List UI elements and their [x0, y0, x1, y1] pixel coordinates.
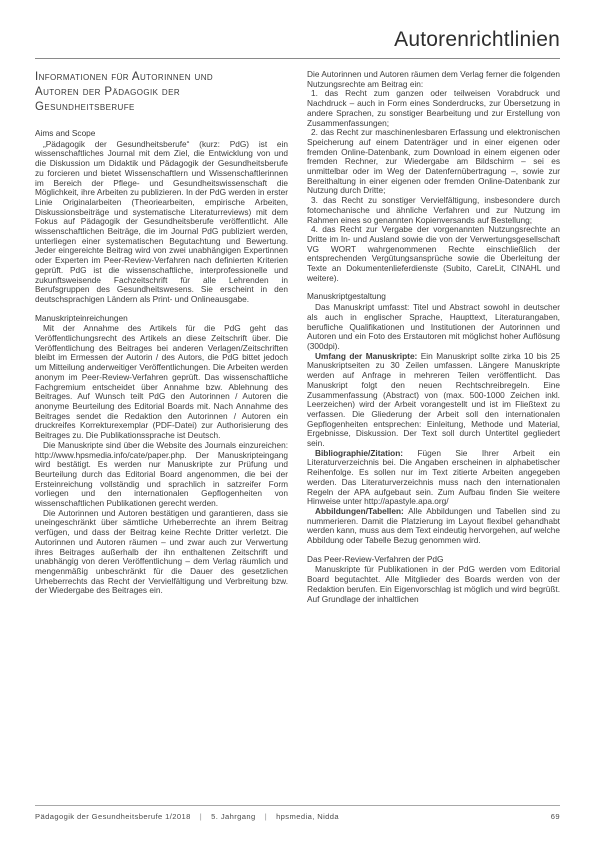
rights-intro-paragraph: Die Autorinnen und Autoren räumen dem Ve… — [307, 70, 560, 89]
left-column: Informationen für Autorinnen und Autoren… — [35, 70, 288, 796]
page-footer: Pädagogik der Gesundheitsberufe 1/2018 |… — [35, 812, 560, 821]
document-page: Autorenrichtlinien Informationen für Aut… — [0, 0, 595, 842]
numbered-item-1: 1. das Recht zum ganzen oder teilweisen … — [307, 89, 560, 128]
paragraph-text: Ein Manuskript sollte zirka 10 bis 25 Ma… — [307, 351, 560, 448]
paragraph: „Pädagogik der Gesundheitsberufe“ (kurz:… — [35, 140, 288, 305]
two-column-body: Informationen für Autorinnen und Autoren… — [35, 70, 560, 796]
paragraph-text: Manuskripte für Publikationen in der PdG… — [307, 564, 560, 603]
title-divider — [35, 58, 560, 59]
footer-page-number: 69 — [551, 812, 560, 821]
footer-publisher: hpsmedia, Nidda — [276, 812, 339, 821]
footer-journal-name: Pädagogik der Gesundheitsberufe 1/2018 — [35, 812, 191, 821]
footer-separator: | — [265, 812, 267, 821]
numbered-item-2: 2. das Recht zur maschinenlesbaren Erfas… — [307, 128, 560, 196]
paragraph: Das Manuskript umfasst: Titel und Abstra… — [307, 303, 560, 352]
footer-separator: | — [200, 812, 202, 821]
paragraph-lead: Abbildungen/Tabellen: — [315, 506, 404, 516]
paragraph: Bibliographie/Zitation: Fügen Sie Ihrer … — [307, 449, 560, 507]
paragraph: Die Manuskripte sind über die Website de… — [35, 441, 288, 509]
section-heading-aims-and-scope: Aims and Scope — [35, 129, 288, 139]
page-title: Autorenrichtlinien — [394, 28, 560, 52]
numbered-item-3: 3. das Recht zu sonstiger Vervielfältigu… — [307, 196, 560, 225]
numbered-item-4: 4. das Recht zur Vergabe der vorgenannte… — [307, 225, 560, 283]
section-heading-peer-review-verfahren: Das Peer-Review-Verfahren der PdG — [307, 555, 560, 565]
footer-volume: 5. Jahrgang — [211, 812, 256, 821]
paragraph-text: Fügen Sie Ihrer Arbeit ein Literaturverz… — [307, 448, 560, 507]
paragraph-text: Das Manuskript umfasst: Titel und Abstra… — [307, 302, 560, 351]
footer-divider — [35, 805, 560, 806]
right-column: Die Autorinnen und Autoren räumen dem Ve… — [307, 70, 560, 796]
paragraph: Abbildungen/Tabellen: Alle Abbildungen u… — [307, 507, 560, 546]
paragraph: Mit der Annahme des Artikels für die PdG… — [35, 324, 288, 440]
paragraph: Die Autorinnen und Autoren bestätigen un… — [35, 509, 288, 596]
paragraph: Umfang der Manuskripte: Ein Manuskript s… — [307, 352, 560, 449]
section-heading-manuskriptgestaltung: Manuskriptgestaltung — [307, 292, 560, 302]
paragraph: Manuskripte für Publikationen in der PdG… — [307, 565, 560, 604]
paragraph-lead: Bibliographie/Zitation: — [315, 448, 403, 458]
section-heading-manuskripteinreichungen: Manuskripteinreichungen — [35, 314, 288, 324]
paragraph-lead: Umfang der Manuskripte: — [315, 351, 417, 361]
article-lead-heading: Informationen für Autorinnen und Autoren… — [35, 70, 240, 115]
